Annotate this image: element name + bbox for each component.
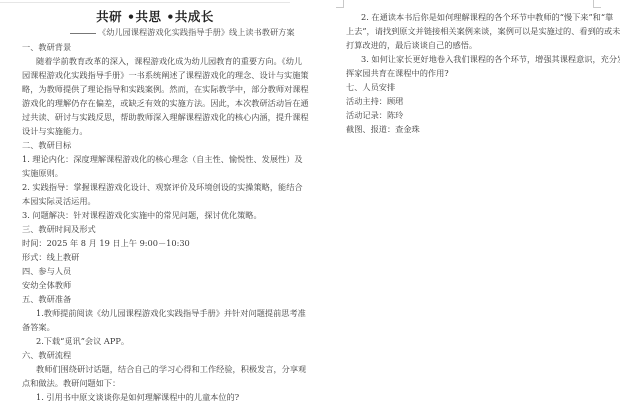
- paragraph-line: 过共读、研讨与实践反思，帮助教师深入理解课程游戏化的核心内涵，提升课程: [22, 112, 309, 122]
- paragraph-line: 一、教研背景: [22, 42, 71, 52]
- paragraph-line: 略，为教师提供了理论指导和实践案例。然而，在实际教学中，部分教师对课程: [22, 84, 309, 94]
- paragraph-line: 七、人员安排: [346, 82, 395, 92]
- margin-corner-mark-left: [336, 0, 344, 8]
- paragraph-line: 教师们围绕研讨话题，结合自己的学习心得和工作经验，积极发言，分享观: [36, 364, 306, 374]
- paragraph-line: 安幼全体教师: [22, 280, 71, 290]
- paragraph-line: 游戏化的理解仍存在偏差，或缺乏有效的实施方法。因此，本次教研活动旨在通: [22, 98, 309, 108]
- paragraph-line: 2.下载“觅讯”会议 APP。: [36, 336, 129, 346]
- paragraph-line: 1.教师提前阅读《幼儿园课程游戏化实践指导手册》并针对问题提前思考准: [36, 308, 306, 318]
- paragraph-line: 点和做法。教研问题如下：: [22, 378, 120, 388]
- page-top-border: [0, 2, 290, 3]
- paragraph-line: 截图、报道：查金珠: [346, 124, 420, 134]
- paragraph-line: 3. 问题解决：针对课程游戏化实施中的常见问题，探讨优化策略。: [22, 210, 262, 220]
- paragraph-line: 上去”，请找到原文并链接相关案例来谈，案例可以是实施过的、看到的或未来: [346, 26, 620, 36]
- paragraph-line: 2. 在通读本书后你是如何理解课程的各个环节中教师的“慢下来”和“靠: [361, 12, 613, 22]
- margin-corner-mark-right: [593, 0, 601, 8]
- paragraph-line: 活动主持：顾珺: [346, 96, 403, 106]
- subtitle-dash: [70, 33, 96, 34]
- paragraph-line: 2. 实践指导：掌握课程游戏化设计、观察评价及环境创设的实操策略，能结合: [22, 182, 303, 192]
- subtitle-text: 《幼儿园课程游戏化实践指导手册》线上读书教研方案: [98, 27, 295, 37]
- document-page-right: 2. 在通读本书后你是如何理解课程的各个环节中教师的“慢下来”和“靠上去”，请找…: [310, 0, 620, 415]
- paragraph-line: 3. 如何让家长更好地卷入我们课程的各个环节，增强其课程意识，充分发: [361, 54, 620, 64]
- document-subtitle: 《幼儿园课程游戏化实践指导手册》线上读书教研方案: [70, 27, 295, 38]
- paragraph-line: 本园实际灵活运用。: [22, 196, 96, 206]
- paragraph-line: 实施原则。: [22, 168, 63, 178]
- paragraph-line: 五、教研准备: [22, 294, 71, 304]
- document-page-left: 共研 •共思 •共成长 《幼儿园课程游戏化实践指导手册》线上读书教研方案 一、教…: [0, 0, 310, 415]
- paragraph-line: 1. 理论内化：深度理解课程游戏化的核心理念（自主性、愉悦性、发展性）及: [22, 154, 303, 164]
- paragraph-line: 随着学前教育改革的深入，课程游戏化成为幼儿园教育的重要方向。《幼儿: [36, 56, 302, 66]
- paragraph-line: 备答案。: [22, 322, 55, 332]
- document-title: 共研 •共思 •共成长: [0, 7, 310, 25]
- paragraph-line: 三、教研时间及形式: [22, 224, 96, 234]
- paragraph-line: 园课程游戏化实践指导手册》一书系统阐述了课程游戏化的理念、设计与实施策: [22, 70, 309, 80]
- paragraph-line: 六、教研流程: [22, 350, 71, 360]
- paragraph-line: 活动记录：陈玲: [346, 110, 403, 120]
- paragraph-line: 形式：线上教研: [22, 252, 79, 262]
- paragraph-line: 二、教研目标: [22, 140, 71, 150]
- paragraph-line: 设计与实施能力。: [22, 126, 88, 136]
- paragraph-line: 时间：2025 年 8 月 19 日上午 9:00－10:30: [22, 238, 190, 248]
- paragraph-line: 挥家园共育在课程中的作用?: [346, 68, 449, 78]
- paragraph-line: 1. 引用书中原文谈谈你是如何理解课程中的儿童本位的?: [36, 392, 239, 402]
- paragraph-line: 打算改进的，最后谈谈自己的感悟。: [346, 40, 477, 50]
- paragraph-line: 四、参与人员: [22, 266, 71, 276]
